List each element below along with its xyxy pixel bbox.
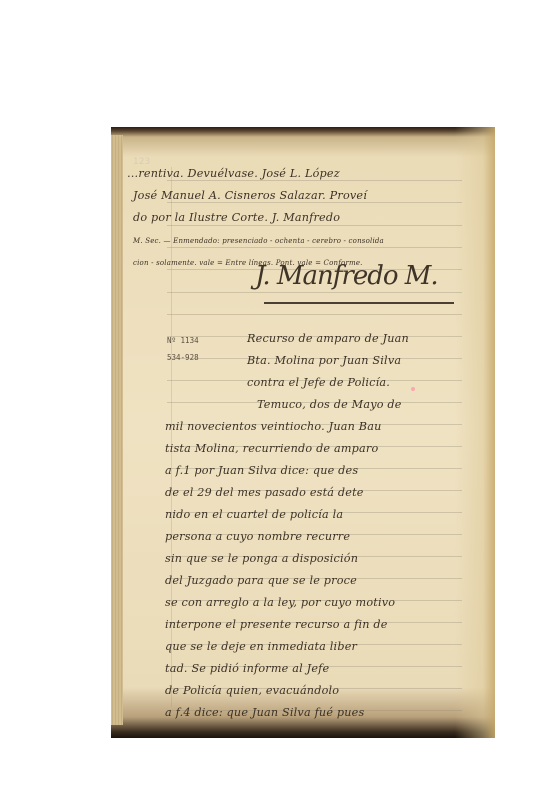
ruled-line — [167, 292, 462, 293]
entry-body-line: de Policía quien, evacuándolo — [165, 684, 339, 697]
entry-body-line: tista Molina, recurriendo de amparo — [165, 442, 378, 455]
ruled-line — [167, 180, 462, 181]
entry-body-line: nido en el cuartel de policía la — [165, 508, 343, 521]
entry-body-line: tad. Se pidió informe al Jefe — [165, 662, 329, 675]
entry-body-line: persona a cuyo nombre recurre — [165, 530, 350, 543]
entry-body-line: mil novecientos veintiocho. Juan Bau — [165, 420, 381, 433]
margin-note: 534-928 — [167, 353, 199, 362]
entry-heading: Recurso de amparo de Juan — [247, 332, 409, 345]
text-line: M. Sec. — Enmendado: presenciado - ochen… — [133, 237, 384, 245]
light-glare — [411, 387, 415, 391]
entry-body-line: de el 29 del mes pasado está dete — [165, 486, 364, 499]
document-photo: 123 …rentiva. Devuélvase. José L. López … — [111, 127, 495, 738]
ruled-line — [167, 202, 462, 203]
entry-body-line: del Juzgado para que se le proce — [165, 574, 357, 587]
entry-body-line: a f.1 por Juan Silva dice: que des — [165, 464, 358, 477]
page-stack-edge — [111, 135, 123, 725]
entry-heading: contra el Jefe de Policía. — [247, 376, 390, 389]
text-line: …rentiva. Devuélvase. José L. López — [127, 167, 340, 180]
ruled-line — [167, 314, 462, 315]
entry-body-line: que se le deje en inmediata liber — [165, 640, 357, 653]
entry-body-line: Temuco, dos de Mayo de — [257, 398, 402, 411]
text-line: José Manuel A. Cisneros Salazar. Proveí — [133, 189, 367, 202]
entry-body-line: se con arreglo a la ley, por cuyo motivo — [165, 596, 395, 609]
folio-number: 123 — [133, 157, 150, 167]
margin-note: Nº 1134 — [167, 336, 199, 345]
entry-body-line: a f.4 dice: que Juan Silva fué pues — [165, 706, 364, 719]
ledger-page: 123 …rentiva. Devuélvase. José L. López … — [127, 137, 472, 722]
ruled-line — [167, 247, 462, 248]
text-line: do por la Ilustre Corte. J. Manfredo — [133, 211, 340, 224]
ruled-line — [167, 225, 462, 226]
signature: J. Manfredo M. — [255, 261, 438, 291]
entry-body-line: sin que se le ponga a disposición — [165, 552, 358, 565]
signature-underline — [264, 302, 454, 304]
entry-body-line: interpone el presente recurso a fin de — [165, 618, 388, 631]
entry-heading: Bta. Molina por Juan Silva — [247, 354, 401, 367]
